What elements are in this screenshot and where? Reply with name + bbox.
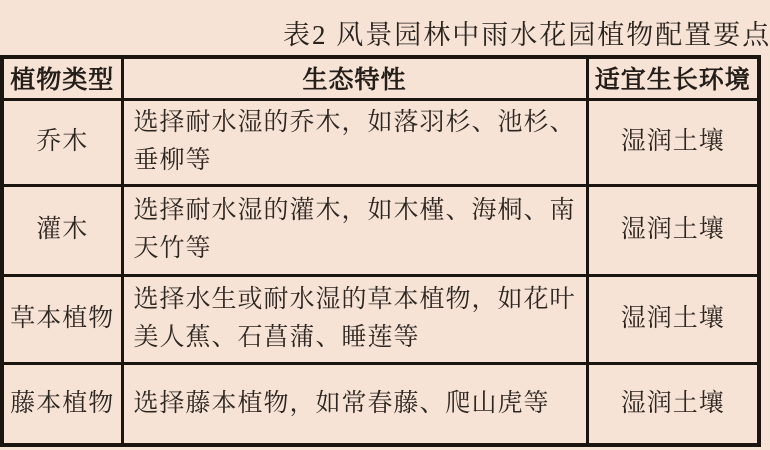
plant-type-cell: 藤本植物 bbox=[2, 363, 122, 445]
eco-trait-cell: 选择水生或耐水湿的草本植物，如花叶美人蕉、石菖蒲、睡莲等 bbox=[122, 275, 587, 363]
table-row: 乔木 选择耐水湿的乔木，如落羽杉、池杉、垂柳等 湿润土壤 bbox=[2, 99, 759, 185]
col-header-environment: 适宜生长环境 bbox=[587, 57, 759, 99]
table-row: 藤本植物 选择藤本植物，如常春藤、爬山虎等 湿润土壤 bbox=[2, 363, 759, 445]
environment-cell: 湿润土壤 bbox=[587, 185, 759, 275]
environment-cell: 湿润土壤 bbox=[587, 99, 759, 185]
environment-cell: 湿润土壤 bbox=[587, 275, 759, 363]
plant-type-cell: 灌木 bbox=[2, 185, 122, 275]
eco-trait-cell: 选择耐水湿的灌木，如木槿、海桐、南天竹等 bbox=[122, 185, 587, 275]
table-title: 表2 风景园林中雨水花园植物配置要点 bbox=[283, 13, 770, 52]
document-page: 表2 风景园林中雨水花园植物配置要点 植物类型 生态特性 适宜生长环境 乔木 选… bbox=[0, 0, 770, 450]
plant-type-cell: 草本植物 bbox=[2, 275, 122, 363]
table-row: 草本植物 选择水生或耐水湿的草本植物，如花叶美人蕉、石菖蒲、睡莲等 湿润土壤 bbox=[2, 275, 759, 363]
col-header-eco-trait: 生态特性 bbox=[122, 57, 587, 99]
eco-trait-cell: 选择藤本植物，如常春藤、爬山虎等 bbox=[122, 363, 587, 445]
environment-cell: 湿润土壤 bbox=[587, 363, 759, 445]
plant-type-cell: 乔木 bbox=[2, 99, 122, 185]
eco-trait-cell: 选择耐水湿的乔木，如落羽杉、池杉、垂柳等 bbox=[122, 99, 587, 185]
header-row: 植物类型 生态特性 适宜生长环境 bbox=[2, 57, 759, 99]
col-header-plant-type: 植物类型 bbox=[2, 57, 122, 99]
plant-config-table: 植物类型 生态特性 适宜生长环境 乔木 选择耐水湿的乔木，如落羽杉、池杉、垂柳等… bbox=[0, 55, 761, 447]
table-row: 灌木 选择耐水湿的灌木，如木槿、海桐、南天竹等 湿润土壤 bbox=[2, 185, 759, 275]
